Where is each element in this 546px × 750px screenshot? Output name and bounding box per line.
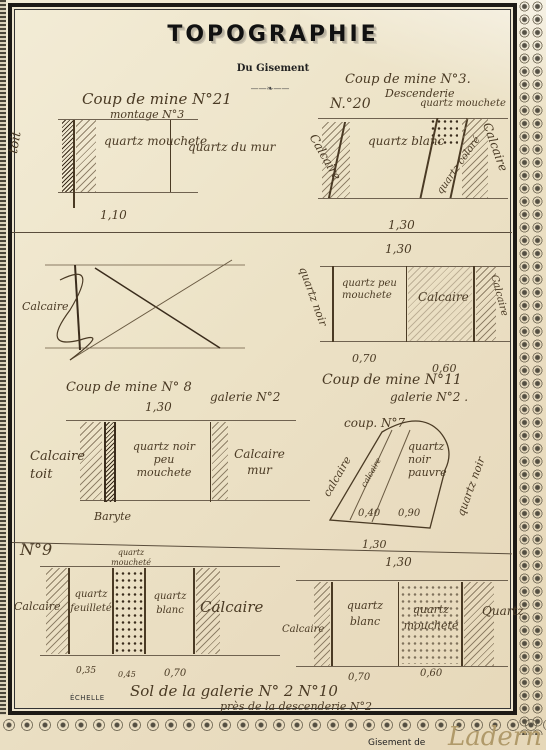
dimension-label: 0,70 (348, 672, 370, 683)
gisement-label: Gisement de (368, 738, 425, 748)
label-quartz-feuillete: quartz feuilleté (70, 588, 112, 616)
sketch-line (461, 582, 463, 666)
sketch-line (331, 582, 333, 666)
footer-note-line1: Sol de la galerie N° 2 N°10 (130, 682, 338, 700)
dimension-label: 0,90 (398, 508, 420, 519)
label-quartz-noir-pauvre: quartz noir pauvre (408, 440, 468, 479)
sketch-line (193, 568, 195, 654)
label-quartz-mouchete: quartz moucheté (108, 548, 154, 568)
label-quartz-blanc: quartz blanc (150, 590, 190, 618)
gisement-signature: Ladern (448, 722, 542, 750)
label-quartz: Quartz (482, 604, 524, 618)
footer-note-line2: près de la descenderie N°2 (220, 700, 372, 713)
sketch-line (296, 666, 508, 667)
label-quartz-blanc: quartz blanc (340, 598, 390, 630)
dimension-label: 0,40 (358, 508, 380, 519)
sketch-line (144, 568, 146, 654)
label-calcaire: Calcaire (200, 598, 263, 616)
sketch-line (398, 582, 399, 666)
dimension-label: 1,30 (385, 555, 412, 569)
dimension-label: 0,35 (76, 666, 96, 676)
dimension-label: 0,70 (164, 668, 186, 679)
sketch-line (40, 655, 280, 656)
sketch-line (40, 566, 280, 567)
label-calcaire: Calcaire (14, 600, 61, 613)
dimension-label: 0,45 (118, 670, 136, 679)
sketch-line (296, 580, 508, 581)
dimension-label: 1,30 (362, 538, 387, 551)
hatched-band (464, 582, 494, 666)
dotted-band (114, 570, 144, 654)
label-quartz-mouchete: quartz moucheté (403, 602, 459, 634)
label-calcaire: Calcaire (282, 624, 324, 635)
sketch-heading: N°9 (20, 540, 52, 559)
scale-label: ÉCHELLE (70, 694, 105, 702)
dimension-label: 0,60 (420, 668, 442, 679)
